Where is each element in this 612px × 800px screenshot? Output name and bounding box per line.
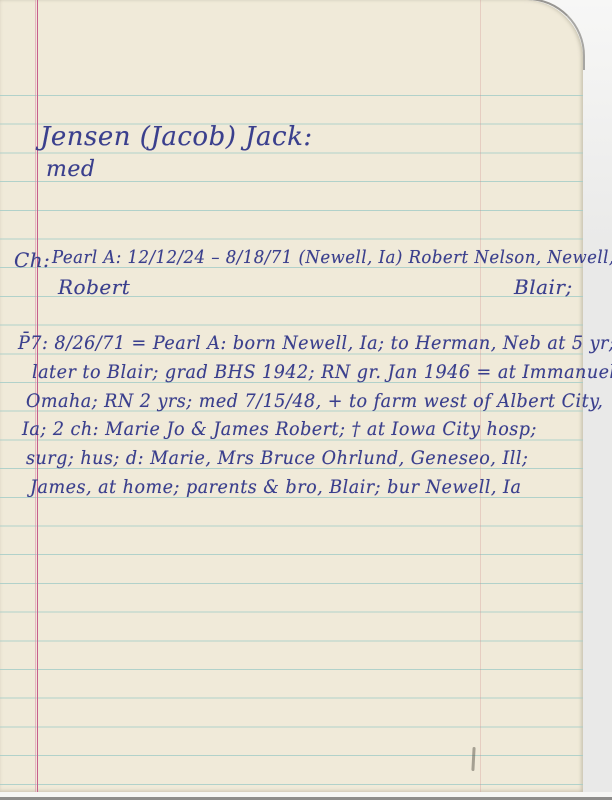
obit-paragraph-line: James, at home; parents & bro, Blair; bu…: [30, 477, 521, 498]
obit-paragraph-line: surg; hus; d: Marie, Mrs Bruce Ohrlund, …: [26, 448, 528, 469]
entry-heading: Jensen (Jacob) Jack:: [40, 122, 313, 152]
child-entry-robert-city: Blair;: [514, 275, 573, 299]
ruled-lines: [0, 95, 583, 792]
child-entry-robert: Robert: [58, 275, 130, 299]
paper-sheet: Jensen (Jacob) Jack: med Ch: Pearl A: 12…: [0, 0, 583, 792]
child-entry-pearl: Pearl A: 12/12/24 – 8/18/71 (Newell, Ia)…: [52, 247, 612, 268]
obit-paragraph-line: P̄7: 8/26/71 = Pearl A: born Newell, Ia;…: [18, 333, 612, 354]
obit-paragraph-line: Ia; 2 ch: Marie Jo & James Robert; † at …: [22, 419, 537, 440]
obit-paragraph-line: later to Blair; grad BHS 1942; RN gr. Ja…: [32, 362, 612, 383]
obit-paragraph-line: Omaha; RN 2 yrs; med 7/15/48, + to farm …: [26, 391, 603, 412]
scanned-page: Jensen (Jacob) Jack: med Ch: Pearl A: 12…: [0, 0, 612, 800]
entry-status: med: [46, 157, 95, 182]
children-label: Ch:: [14, 248, 50, 272]
